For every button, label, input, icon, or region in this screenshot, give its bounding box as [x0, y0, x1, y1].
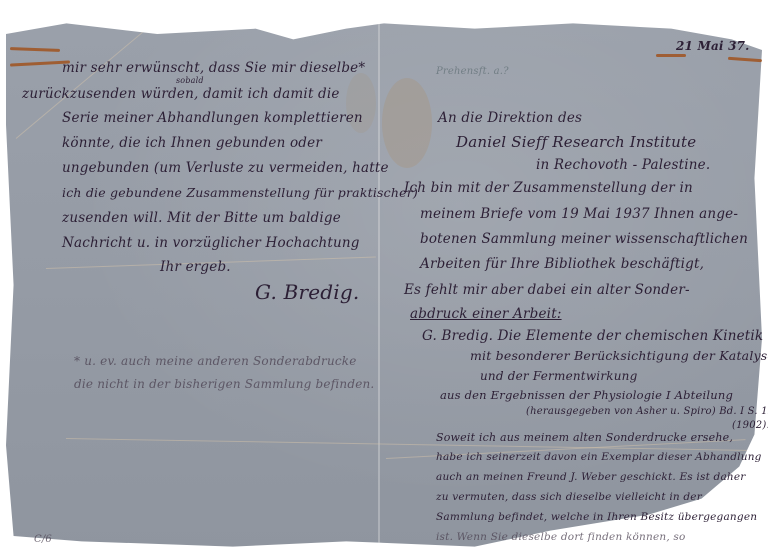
closing-line: zu vermuten, dass sich dieselbe vielleic… — [436, 492, 702, 503]
letter-date: 21 Mai 37. — [676, 40, 750, 52]
rust-mark — [656, 54, 686, 57]
closing-line: Soweit ich aus meinem alten Sonderdrucke… — [436, 432, 733, 443]
body-line: Ich bin mit der Zusammenstellung der in — [404, 182, 693, 196]
interlinear-note: sobald — [176, 76, 204, 85]
pencil-note: Prehensft. a.? — [436, 66, 509, 77]
closing-line: ist. Wenn Sie dieselbe dort finden könne… — [436, 532, 686, 543]
citation-line: mit besonderer Berücksichtigung der Kata… — [470, 350, 768, 363]
left-line: Nachricht u. in vorzüglicher Hochachtung — [62, 237, 360, 251]
closing-line: Sammlung befindet, welche in Ihren Besit… — [436, 512, 757, 523]
citation-line: G. Bredig. Die Elemente der chemischen K… — [422, 330, 763, 344]
left-line: mir sehr erwünscht, dass Sie mir dieselb… — [62, 62, 365, 76]
citation-line: aus den Ergebnissen der Physiologie I Ab… — [440, 390, 733, 402]
signature: G. Bredig. — [255, 280, 359, 304]
left-line: ich die gebundene Zusammenstellung für p… — [62, 187, 418, 200]
water-stain — [382, 78, 432, 168]
address-line: in Rechovoth - Palestine. — [536, 159, 710, 173]
body-line: abdruck einer Arbeit: — [410, 308, 562, 322]
citation-line: (1902). — [732, 420, 768, 431]
footnote-line: * u. ev. auch meine anderen Sonderabdruc… — [74, 355, 357, 367]
left-line: zurückzusenden würden, damit ich damit d… — [22, 88, 340, 102]
address-line: Daniel Sieff Research Institute — [456, 135, 696, 150]
center-fold — [378, 18, 380, 552]
left-line: Ihr ergeb. — [160, 261, 231, 275]
closing-line: auch an meinen Freund J. Weber geschickt… — [436, 472, 746, 483]
left-line: könnte, die ich Ihnen gebunden oder — [62, 137, 322, 151]
body-line: botenen Sammlung meiner wissenschaftlich… — [420, 233, 748, 247]
left-line: ungebunden (um Verluste zu vermeiden, ha… — [62, 162, 389, 176]
corner-mark: C/6 — [34, 534, 52, 545]
citation-line: (herausgegeben von Asher u. Spiro) Bd. I… — [526, 407, 768, 417]
body-line: Es fehlt mir aber dabei ein alter Sonder… — [404, 284, 690, 298]
body-line: meinem Briefe vom 19 Mai 1937 Ihnen ange… — [420, 208, 738, 222]
footnote-line: die nicht in der bisherigen Sammlung bef… — [74, 378, 374, 390]
left-line: Serie meiner Abhandlungen komplettieren — [62, 112, 363, 126]
closing-line: habe ich seinerzeit davon ein Exemplar d… — [436, 452, 762, 463]
body-line: Arbeiten für Ihre Bibliothek beschäftigt… — [420, 258, 704, 272]
left-line: zusenden will. Mit der Bitte um baldige — [62, 212, 341, 226]
address-line: An die Direktion des — [438, 112, 582, 126]
citation-line: und der Fermentwirkung — [480, 370, 637, 382]
